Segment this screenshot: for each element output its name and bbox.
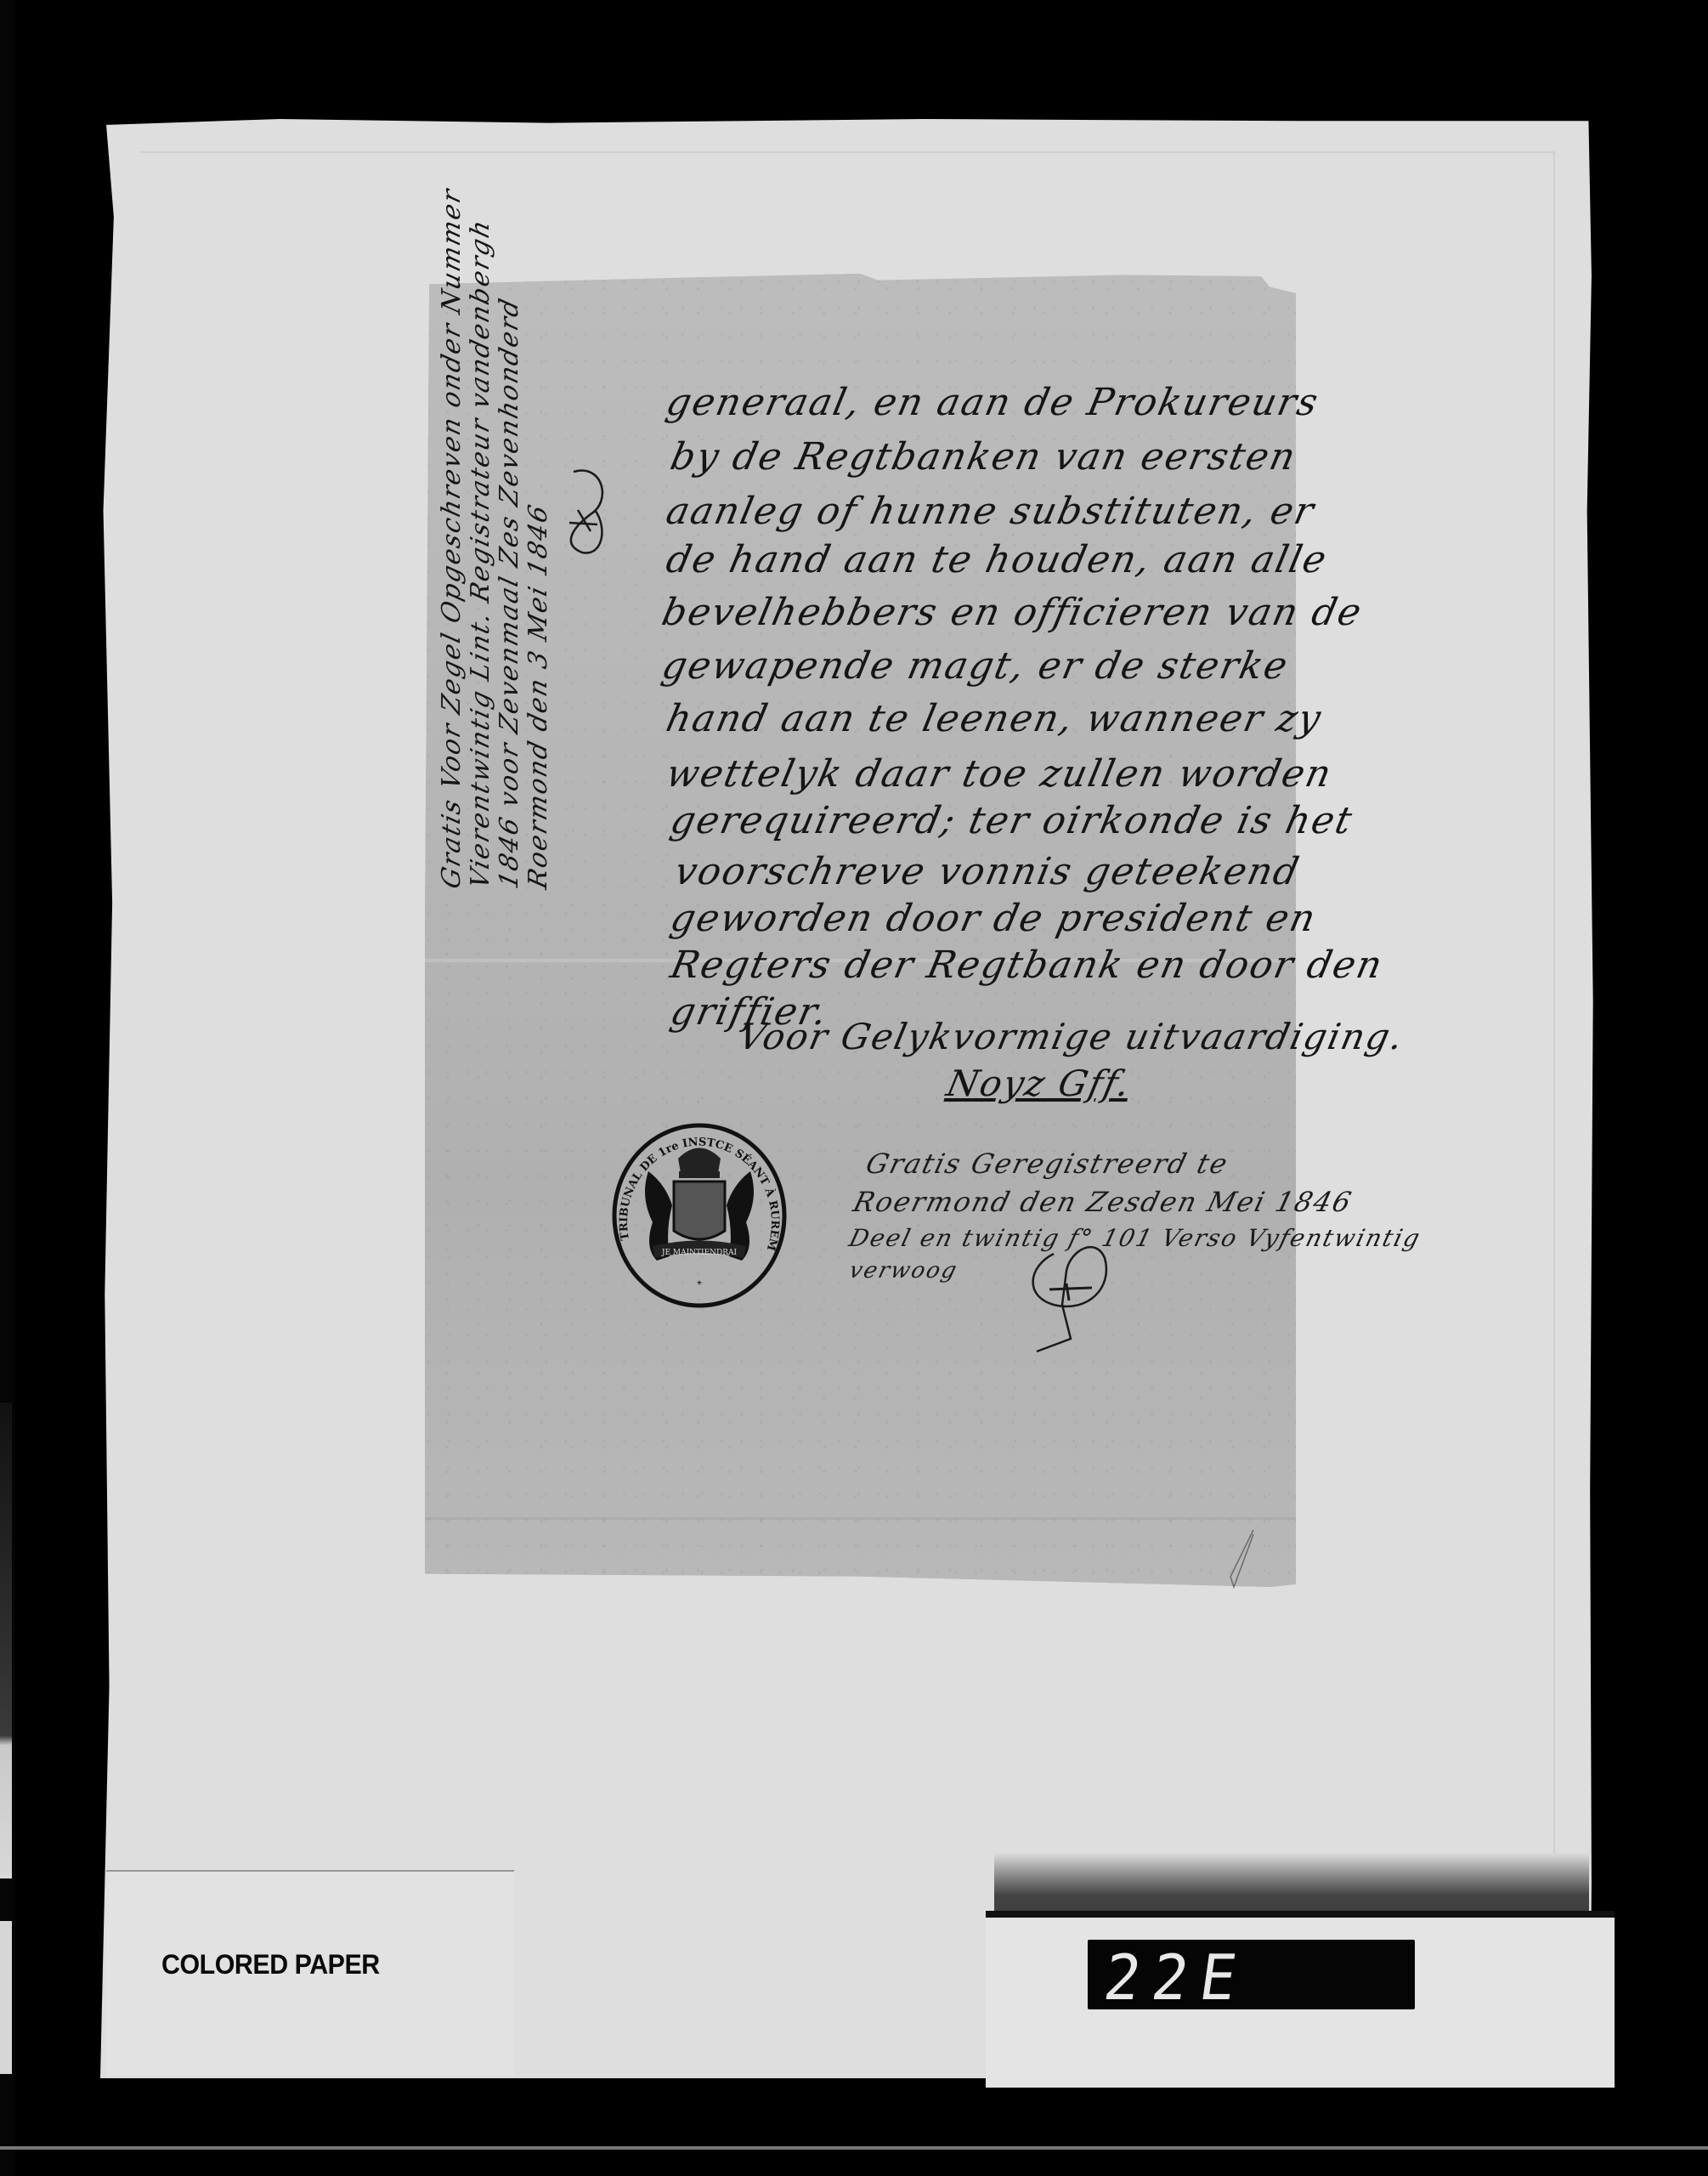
film-bottom-edge xyxy=(0,2146,1708,2150)
body-line: hand aan te leenen, wanneer zy xyxy=(663,697,1326,740)
film-edge-gradient xyxy=(0,1402,12,1878)
registration-line: Roermond den Zesden Mei 1846 xyxy=(850,1186,1355,1218)
closing-line: Voor Gelykvormige uitvaardiging. xyxy=(735,1016,1409,1057)
body-line: by de Regtbanken van eersten xyxy=(667,435,1301,479)
pencil-mark-icon xyxy=(1224,1526,1258,1589)
margin-note: Gratis Voor Zegel Opgeschreven onder Num… xyxy=(438,276,553,888)
body-line: voorschreve vonnis geteekend xyxy=(671,850,1304,893)
sheet-fold-line-lower xyxy=(425,1517,1296,1520)
body-line: generaal, en aan de Prokureurs xyxy=(663,381,1323,424)
film-edge-strip xyxy=(0,0,15,2176)
registration-line: Gratis Geregistreerd te xyxy=(862,1147,1232,1180)
receiver-paraph-icon xyxy=(1020,1237,1122,1356)
body-line: wettelyk daar toe zullen worden xyxy=(663,752,1337,796)
body-line: de hand aan te houden, aan alle xyxy=(663,538,1332,581)
colored-paper-label: COLORED PAPER xyxy=(161,1949,380,1980)
body-line: Regters der Regtbank en door den xyxy=(667,943,1388,987)
registration-line: Deel en twintig f° 101 Verso Vyfentwinti… xyxy=(846,1224,1424,1252)
clerk-signature: Noyz Gff. xyxy=(943,1062,1135,1104)
body-line: gerequireerd; ter oirkonde is het xyxy=(667,799,1358,842)
svg-text:*: * xyxy=(697,1278,702,1291)
body-line: aanleg of hunne substituten, er xyxy=(663,490,1320,533)
registration-line: verwoog xyxy=(846,1258,960,1283)
margin-note-line: Vierentwintig Lint. Registrateur vandenb… xyxy=(467,273,495,892)
margin-note-line: 1846 voor Zevenmaal Zes Zevenhonderd xyxy=(495,273,524,892)
svg-text:JE MAINTIENDRAI: JE MAINTIENDRAI xyxy=(661,1249,738,1257)
film-edge-patch xyxy=(0,1921,12,2074)
body-line: geworden door de president en xyxy=(667,897,1321,940)
margin-note-line: Gratis Voor Zegel Opgeschreven onder Num… xyxy=(438,273,467,892)
court-seal: TRIBUNAL DE 1re INSTCE SÉANT À RUREMONDE… xyxy=(606,1120,793,1316)
margin-note-line: Roermond den 3 Mei 1846 xyxy=(524,273,553,892)
paraph-flourish-icon xyxy=(557,463,616,561)
body-line: gewapende magt, er de sterke xyxy=(659,644,1293,688)
body-line: bevelhebbers en officieren van de xyxy=(659,591,1367,634)
frame-number: 22E xyxy=(1100,1941,1253,2014)
seal-icon: TRIBUNAL DE 1re INSTCE SÉANT À RUREMONDE… xyxy=(606,1120,793,1316)
